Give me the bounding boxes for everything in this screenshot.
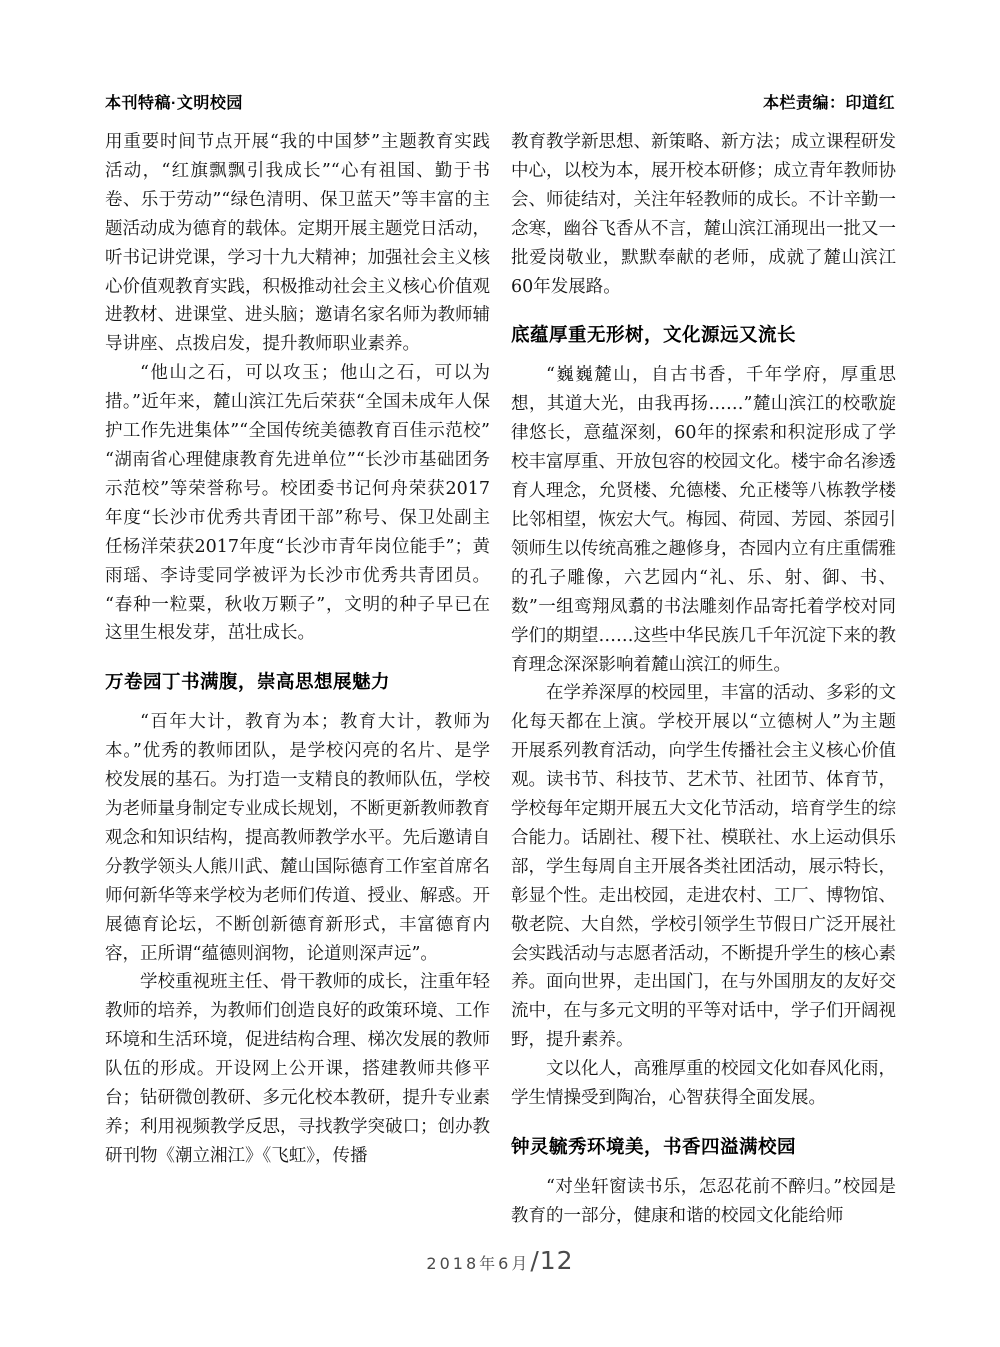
- section-heading: 钟灵毓秀环境美，书香四溢满校园: [511, 1134, 896, 1160]
- paragraph: “他山之石，可以攻玉；他山之石，可以为措。”近年来，麓山滨江先后荣获“全国未成年…: [105, 359, 490, 648]
- article-body: 用重要时间节点开展“我的中国梦”主题教育实践活动，“红旗飘飘引我成长”“心有祖国…: [105, 128, 896, 1231]
- paragraph: 文以化人，高雅厚重的校园文化如春风化雨，学生情操受到陶冶，心智获得全面发展。: [511, 1055, 896, 1113]
- paragraph: “巍巍麓山，自古书香，千年学府，厚重思想，其道大光，由我再扬……”麓山滨江的校歌…: [511, 361, 896, 679]
- paragraph: 学校重视班主任、骨干教师的成长，注重年轻教师的培养，为教师们创造良好的政策环境、…: [105, 968, 490, 1170]
- page-footer: 2018年6月/12: [0, 1246, 1000, 1275]
- footer-page-number: /12: [530, 1246, 573, 1275]
- page-header: 本刊特稿·文明校园 本栏责编：印道红: [105, 90, 895, 113]
- magazine-page: 本刊特稿·文明校园 本栏责编：印道红 用重要时间节点开展“我的中国梦”主题教育实…: [0, 0, 1000, 1347]
- section-heading: 万卷园丁书满腹，崇高思想展魅力: [105, 669, 490, 695]
- section-heading: 底蕴厚重无形树，文化源远又流长: [511, 322, 896, 348]
- paragraph: 教育教学新思想、新策略、新方法；成立课程研发中心，以校为本，展开校本研修；成立青…: [511, 128, 896, 301]
- paragraph: 在学养深厚的校园里，丰富的活动、多彩的文化每天都在上演。学校开展以“立德树人”为…: [511, 679, 896, 1055]
- right-column: 教育教学新思想、新策略、新方法；成立课程研发中心，以校为本，展开校本研修；成立青…: [511, 128, 896, 1231]
- paragraph: “百年大计，教育为本；教育大计，教师为本。”优秀的教师团队，是学校闪亮的名片、是…: [105, 708, 490, 968]
- paragraph: 用重要时间节点开展“我的中国梦”主题教育实践活动，“红旗飘飘引我成长”“心有祖国…: [105, 128, 490, 359]
- footer-date: 2018年6月: [426, 1254, 530, 1273]
- paragraph: “对坐轩窗读书乐，怎忍花前不醉归。”校园是教育的一部分，健康和谐的校园文化能给师: [511, 1173, 896, 1231]
- header-section-title: 本刊特稿·文明校园: [105, 90, 243, 113]
- header-column-editor: 本栏责编：印道红: [763, 90, 895, 113]
- left-column: 用重要时间节点开展“我的中国梦”主题教育实践活动，“红旗飘飘引我成长”“心有祖国…: [105, 128, 490, 1231]
